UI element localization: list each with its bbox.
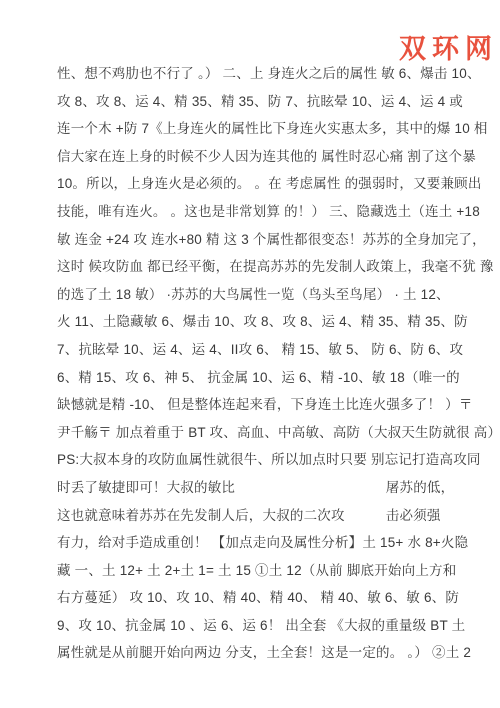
text-line: 6、精 15、攻 6、神 5、 抗金属 10、运 6、精 -10、敏 18（唯一… — [57, 364, 459, 392]
text-line: 连一个木 +防 7《上身连火的属性比下身连火实惠太多，其中的爆 10 相 — [57, 115, 459, 143]
document-page: 双环网 性、想不鸡肋也不行了 。） 二、上 身连火之后的属性 敏 6、爆击 10… — [0, 0, 500, 708]
text-line: 藏 一、土 12+ 土 2+土 1= 土 15 ①土 12（从前 脚底开始向上方… — [57, 557, 459, 585]
text-line: 敏 连金 +24 攻 连水+80 精 这 3 个属性都很变态！苏苏的全身加完了， — [57, 226, 459, 254]
text-line: 的选了土 18 敏） ·苏苏的大鸟属性一览（鸟头至鸟尾） · 土 12、 — [57, 281, 459, 309]
text-line: 7、抗眩晕 10、运 4、运 4、II攻 6、 精 15、敏 5、 防 6、防 … — [57, 336, 459, 364]
text-line: 这也就意味着苏苏在先发制人后，大叔的二次攻 击必须强 — [57, 502, 459, 530]
text-line: 火 11、土隐藏敏 6、爆击 10、攻 8、攻 8、运 4、精 35、精 35、… — [57, 308, 459, 336]
text-line: 尹千觞〒 加点着重于 BT 攻、高血、中高敏、高防（大叔天生防就很 高） — [57, 419, 459, 447]
text-line: 攻 8、攻 8、运 4、精 35、精 35、防 7、抗眩晕 10、运 4、运 4… — [57, 88, 459, 116]
text-line: PS:大叔本身的攻防血属性就很牛、所以加点时只要 别忘记打造高攻同 — [57, 446, 459, 474]
text-line: 时丢了敏捷即可！大叔的敏比 屠苏的低， — [57, 474, 459, 502]
text-line: 信大家在连上身的时候不少人因为连其他的 属性时忍心痛 割了这个暴 — [57, 143, 459, 171]
text-line: 属性就是从前腿开始向两边 分支，土全套！这是一定的。 。） ②土 2 — [57, 639, 459, 667]
text-line: 10。所以，上身连火是必须的。 。在 考虑属性 的强弱时，又要兼顾出 — [57, 170, 459, 198]
text-line: 有力，给对手造成重创！ 【加点走向及属性分析】土 15+ 水 8+火隐 — [57, 529, 459, 557]
text-body: 性、想不鸡肋也不行了 。） 二、上 身连火之后的属性 敏 6、爆击 10、攻 8… — [57, 60, 459, 667]
text-line: 缺憾就是精 -10、 但是整体连起来看，下身连土比连火强多了！ ）〒 — [57, 391, 459, 419]
text-line: 这时 候攻防血 都已经平衡，在提高苏苏的先发制人政策上，我毫不犹 豫 — [57, 253, 459, 281]
text-line: 右方蔓延） 攻 10、攻 10、精 40、精 40、 精 40、敏 6、敏 6、… — [57, 584, 459, 612]
text-line: 性、想不鸡肋也不行了 。） 二、上 身连火之后的属性 敏 6、爆击 10、 — [57, 60, 459, 88]
watermark-logo: 双环网 — [399, 36, 498, 63]
text-line: 技能，唯有连火。 。这也是非常划算 的！） 三、隐藏选土（连土 +18 — [57, 198, 459, 226]
text-line: 9、攻 10、抗金属 10 、运 6、运 6！ 出全套 《大叔的重量级 BT 土 — [57, 612, 459, 640]
